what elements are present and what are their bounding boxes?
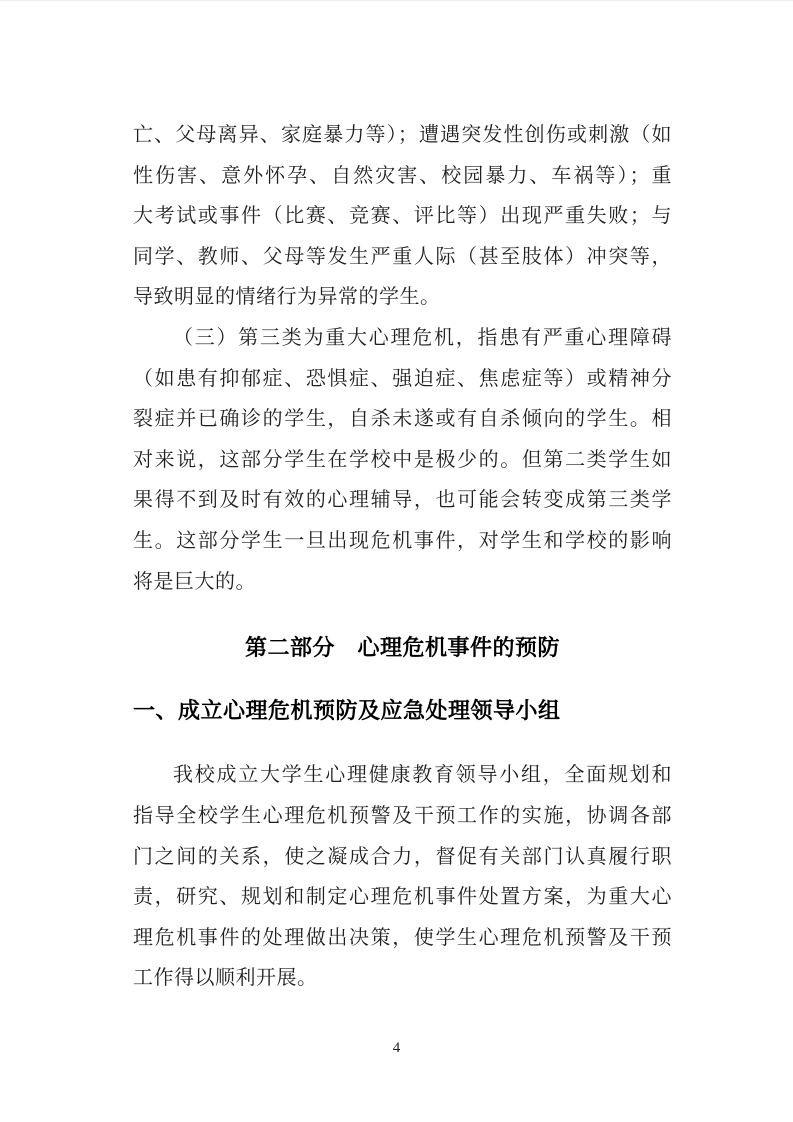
text-line: （如患有抑郁症、恐惧症、强迫症、焦虑症等）或精神分 — [133, 359, 672, 400]
text-line: 果得不到及时有效的心理辅导，也可能会转变成第三类学 — [133, 480, 672, 521]
text-line: 理危机事件的处理做出决策，使学生心理危机预警及干预 — [133, 918, 672, 959]
text-line: 大考试或事件（比赛、竞赛、评比等）出现严重失败；与 — [133, 196, 672, 237]
text-line: 工作得以顺利开展。 — [133, 958, 672, 999]
text-line: 门之间的关系，使之凝成合力，督促有关部门认真履行职 — [133, 837, 672, 878]
text-line: 责，研究、规划和制定心理危机事件处置方案，为重大心 — [133, 877, 672, 918]
text-line: 亡、父母离异、家庭暴力等）；遭遇突发性创伤或刺激（如 — [133, 115, 672, 156]
text-line: 对来说，这部分学生在学校中是极少的。但第二类学生如 — [133, 440, 672, 481]
paragraph-leading-group: 我校成立大学生心理健康教育领导小组，全面规划和 指导全校学生心理危机预警及干预工… — [133, 755, 672, 999]
text-line: 我校成立大学生心理健康教育领导小组，全面规划和 — [133, 755, 672, 796]
sub-heading: 一、成立心理危机预防及应急处理领导小组 — [133, 691, 672, 732]
text-line: （三）第三类为重大心理危机，指患有严重心理障碍 — [133, 318, 672, 359]
text-line: 性伤害、意外怀孕、自然灾害、校园暴力、车祸等）；重 — [133, 156, 672, 197]
text-line: 指导全校学生心理危机预警及干预工作的实施，协调各部 — [133, 796, 672, 837]
section-heading: 第二部分 心理危机事件的预防 — [133, 628, 672, 669]
text-line: 裂症并已确诊的学生，自杀未遂或有自杀倾向的学生。相 — [133, 399, 672, 440]
text-line: 导致明显的情绪行为异常的学生。 — [133, 277, 672, 318]
page-number: 4 — [0, 1037, 793, 1059]
document-page: 亡、父母离异、家庭暴力等）；遭遇突发性创伤或刺激（如 性伤害、意外怀孕、自然灾害… — [0, 0, 793, 1122]
paragraph-continuation: 亡、父母离异、家庭暴力等）；遭遇突发性创伤或刺激（如 性伤害、意外怀孕、自然灾害… — [133, 115, 672, 318]
paragraph-type3-crisis: （三）第三类为重大心理危机，指患有严重心理障碍 （如患有抑郁症、恐惧症、强迫症、… — [133, 318, 672, 602]
document-body: 亡、父母离异、家庭暴力等）；遭遇突发性创伤或刺激（如 性伤害、意外怀孕、自然灾害… — [133, 115, 672, 999]
text-line: 将是巨大的。 — [133, 562, 672, 603]
text-line: 同学、教师、父母等发生严重人际（甚至肢体）冲突等， — [133, 237, 672, 278]
text-line: 生。这部分学生一旦出现危机事件，对学生和学校的影响 — [133, 521, 672, 562]
